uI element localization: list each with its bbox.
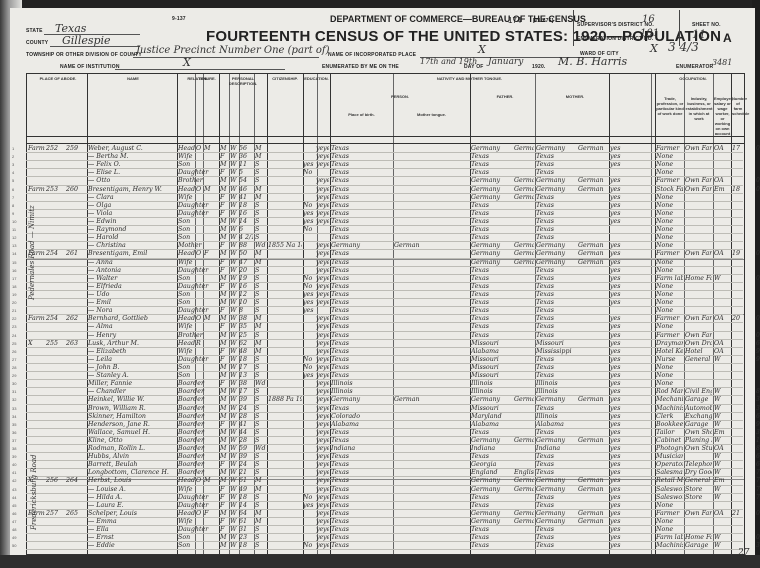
ward-label: WARD OF CITY bbox=[580, 51, 619, 57]
county-label: COUNTY bbox=[26, 40, 48, 46]
margin-code: 674 bbox=[756, 461, 760, 469]
abode-header: PLACE OF ABODE. bbox=[29, 76, 87, 81]
line-number: 35 bbox=[12, 421, 16, 429]
header-divider bbox=[27, 143, 744, 144]
line-number: 36 bbox=[12, 429, 16, 437]
township-value: Justice Precinct Number One (part of) bbox=[136, 45, 330, 56]
line-number: 6 bbox=[12, 186, 14, 194]
table-row: 10— EdwinSonMW14SyesyesyesTexasTexasTexa… bbox=[26, 218, 743, 226]
table-row: 2— Bertha M.WifeFW36MyesyesTexasTexasTex… bbox=[26, 153, 743, 161]
table-row: 6Farm253260Bresentigam, Henry W.HeadOMMW… bbox=[26, 186, 743, 194]
occupation-header: OCCUPATION. bbox=[655, 76, 731, 81]
table-row: 36Wallace, Samuel H.BoarderMW44SyesyesTe… bbox=[26, 429, 743, 437]
table-row: 21— NoraDaughterFW8SyesTexasTexasTexasNo… bbox=[26, 307, 743, 315]
line-number: 10 bbox=[12, 218, 16, 226]
table-row: 50— EddieSonMW18SNoyesyesTexasTexasTexas… bbox=[26, 542, 743, 550]
line-number: 46 bbox=[12, 510, 16, 518]
table-row: 25X255263Lusk, Arthur M.HeadRMW62Myesyes… bbox=[26, 340, 743, 348]
table-row: 44— Hilda A.DaughterFW18SNoyesyesTexasTe… bbox=[26, 494, 743, 502]
margin-code: 080 bbox=[756, 250, 760, 258]
margin-code: 000 bbox=[756, 145, 760, 153]
margin-code: 362 bbox=[756, 542, 760, 550]
line-number: 7 bbox=[12, 194, 14, 202]
header-divider bbox=[27, 136, 744, 137]
line-number: 3 bbox=[12, 161, 14, 169]
table-row: 29— Stanley A.SonMW13SyesyesyesTexasMiss… bbox=[26, 372, 743, 380]
scan-border-top bbox=[0, 0, 760, 8]
line-number: 50 bbox=[12, 542, 16, 550]
table-row: 12— HaroldSonMW4 2/12STexasTexasTexasNon… bbox=[26, 234, 743, 242]
line-number: 44 bbox=[12, 494, 16, 502]
census-rows: 1Farm252259Weber, August C.HeadOMMW56Mye… bbox=[26, 145, 743, 550]
institution-underline bbox=[115, 69, 285, 70]
table-row: 42X256264Herbst, LouisHeadOMMW61MyesyesT… bbox=[26, 477, 743, 485]
supervisor-no: 16 bbox=[642, 14, 655, 25]
table-row: 28— John B.SonMW17SNoyesyesTexasMissouri… bbox=[26, 364, 743, 372]
person-mt-header: Mother tongue. bbox=[393, 112, 470, 117]
line-number: 9 bbox=[12, 210, 14, 218]
line-number: 28 bbox=[12, 364, 16, 372]
table-row: 49— ErnstSonMW23SyesyesTexasTexasTexasye… bbox=[26, 534, 743, 542]
table-row: 9— ViolaDaughterFW16SyesyesyesTexasTexas… bbox=[26, 210, 743, 218]
table-row: 15— AnnaWifeFW47MyesyesTexasGermanyGerma… bbox=[26, 259, 743, 267]
table-row: 34Skinner, HamiltonBoarderMW28SyesyesCol… bbox=[26, 413, 743, 421]
township-underline bbox=[133, 57, 319, 58]
line-number: 39 bbox=[12, 453, 16, 461]
margin-code: 362 bbox=[756, 396, 760, 404]
margin-code: 691 bbox=[756, 453, 760, 461]
line-number: 2 bbox=[12, 153, 14, 161]
line-number: 49 bbox=[12, 534, 16, 542]
table-row: 8— OlgaDaughterFW18SNoyesyesTexasTexasTe… bbox=[26, 202, 743, 210]
year-value: 1920. bbox=[532, 64, 546, 70]
line-number: 38 bbox=[12, 445, 16, 453]
mother-header: MOTHER. bbox=[540, 94, 610, 99]
table-row: 19— UdoSonMW12SyesyesyesTexasTexasTexasy… bbox=[26, 291, 743, 299]
margin-code: 362 bbox=[756, 405, 760, 413]
table-row: 43— Louise A.WifeFW49MyesyesTexasGermany… bbox=[26, 486, 743, 494]
table-row: 3— Felix O.SonMW11SyesyesyesTexasTexasTe… bbox=[26, 161, 743, 169]
table-row: 37Kline, OttoBoarderMW28SyesyesTexasGerm… bbox=[26, 437, 743, 445]
line-number: 1 bbox=[12, 145, 14, 153]
line-number: 45 bbox=[12, 502, 16, 510]
table-row: 11— RaymondSonMW6SNoTexasTexasTexasNone bbox=[26, 226, 743, 234]
line-number: 33 bbox=[12, 405, 16, 413]
tenure-header: TENURE. bbox=[195, 76, 219, 81]
line-number: 47 bbox=[12, 518, 16, 526]
line-number: 40 bbox=[12, 461, 16, 469]
margin-code: 000 bbox=[756, 177, 760, 185]
enumeration-no: 101 bbox=[640, 28, 659, 39]
person-pob-header: Place of birth. bbox=[330, 112, 393, 117]
line-number: 27 bbox=[12, 356, 16, 364]
table-row: 33Brown, William R.BoarderMW24SyesyesTex… bbox=[26, 405, 743, 413]
state-label: STATE bbox=[26, 28, 43, 34]
line-number: 23 bbox=[12, 323, 16, 331]
line-number: 25 bbox=[12, 340, 16, 348]
citizenship-header: CITIZENSHIP. bbox=[267, 76, 303, 81]
line-number: 15 bbox=[12, 259, 16, 267]
margin-code: 766 bbox=[756, 477, 760, 485]
table-row: 26— ElizabethWifeFW48MyesyesTexasAlabama… bbox=[26, 348, 743, 356]
ward-note: 3 4/3 bbox=[668, 40, 699, 54]
line-number: 5 bbox=[12, 177, 14, 185]
side-note-upper: Pedernales Road — Nimitz bbox=[28, 205, 36, 300]
father-header: FATHER. bbox=[470, 94, 540, 99]
table-row: 40Barrett, BeulahBoarderFW24SyesyesTexas… bbox=[26, 461, 743, 469]
nativity-header: NATIVITY AND MOTHER TONGUE. bbox=[330, 76, 609, 81]
county-underline bbox=[50, 46, 140, 47]
table-row: 18— ElfriedaDaughterFW16SNoyesyesTexasTe… bbox=[26, 283, 743, 291]
table-row: 22Farm254262Bernhard, GottliebHeadOMMW38… bbox=[26, 315, 743, 323]
line-number: 19 bbox=[12, 291, 16, 299]
sheet-side: A bbox=[723, 31, 732, 45]
table-row: 13— ChristinaMotherFW88Wd1855 Na 1858yes… bbox=[26, 242, 743, 250]
line-number: 41 bbox=[12, 469, 16, 477]
line-number: 12 bbox=[12, 234, 16, 242]
margin-code: 010 bbox=[756, 534, 760, 542]
margin-code: 932 bbox=[756, 356, 760, 364]
table-row: 14Farm254261Bresentigam, EmilHeadOFMW50M… bbox=[26, 250, 743, 258]
month-value: January bbox=[488, 57, 523, 67]
line-number: 43 bbox=[12, 486, 16, 494]
margin-code: 000 bbox=[756, 510, 760, 518]
table-row: 39Hubbs, AlvinBoarderMW39SyesyesTexasTex… bbox=[26, 453, 743, 461]
table-row: 7— ClaraWifeFW41MyesyesTexasGermanyGerma… bbox=[26, 194, 743, 202]
table-row: 32Heinkel, Willie W.BoarderMW39S1888 Pa … bbox=[26, 396, 743, 404]
line-number: 18 bbox=[12, 283, 16, 291]
margin-code: 146 bbox=[756, 437, 760, 445]
enumerated-label: ENUMERATED BY ME ON THE bbox=[322, 64, 399, 70]
row-rule bbox=[26, 549, 743, 550]
industry-header: Industry, business, or establishment in … bbox=[685, 96, 713, 121]
margin-code: 612 bbox=[756, 340, 760, 348]
line-number: 16 bbox=[12, 267, 16, 275]
table-row: 41Longbottom, Clarence H.BoarderMW21Syes… bbox=[26, 469, 743, 477]
personal-header: PERSONAL DESCRIPTION. bbox=[219, 76, 267, 86]
line-number: 11 bbox=[12, 226, 16, 234]
line-number: 8 bbox=[12, 202, 14, 210]
margin-code: 010 bbox=[756, 332, 760, 340]
line-number: 42 bbox=[12, 477, 16, 485]
table-row: 4— Elise L.DaughterFW5SNoTexasTexasTexas… bbox=[26, 169, 743, 177]
farm-no-header: Number of farm schedule bbox=[732, 96, 744, 116]
line-number: 14 bbox=[12, 250, 16, 258]
margin-code: 899 bbox=[756, 388, 760, 396]
margin-code: 988 bbox=[756, 421, 760, 429]
line-number: 37 bbox=[12, 437, 16, 445]
table-row: 16— AntoniaDaughterFW20SyesyesTexasTexas… bbox=[26, 267, 743, 275]
side-note-lower: Fredericksburg Road bbox=[30, 455, 38, 531]
form-number: 9-137 bbox=[172, 16, 186, 22]
line-number: 32 bbox=[12, 396, 16, 404]
page-stamp: 174 bbox=[508, 16, 521, 25]
table-row: 47— EmmaWifeFW61MyesyesTexasGermanyGerma… bbox=[26, 518, 743, 526]
incorporated-label: NAME OF INCORPORATED PLACE bbox=[328, 52, 416, 58]
employer-header: Employer, salary or wage worker, or work… bbox=[714, 96, 731, 136]
form-code: [21-676] bbox=[533, 18, 554, 24]
enumerator-label: ENUMERATOR bbox=[676, 64, 713, 70]
table-row: 17— WalterSonMW19SNoyesyesTexasTexasTexa… bbox=[26, 275, 743, 283]
ward-value: X bbox=[650, 42, 658, 55]
township-label: TOWNSHIP OR OTHER DIVISION OF COUNTY bbox=[26, 52, 142, 58]
margin-code: 791 bbox=[756, 486, 760, 494]
margin-code: 791 bbox=[756, 469, 760, 477]
margin-code: 08L bbox=[756, 186, 760, 194]
line-number: 13 bbox=[12, 242, 16, 250]
line-number: 17 bbox=[12, 275, 16, 283]
institution-value: X bbox=[183, 56, 191, 69]
line-number: 30 bbox=[12, 380, 16, 388]
margin-code: 914 bbox=[756, 348, 760, 356]
table-row: 38Rodman, Rollin L.BoarderMW59WdyesyesIn… bbox=[26, 445, 743, 453]
table-row: 1Farm252259Weber, August C.HeadOMMW56Mye… bbox=[26, 145, 743, 153]
margin-code: 856 bbox=[756, 445, 760, 453]
scan-border-bottom bbox=[0, 555, 760, 568]
line-number: 20 bbox=[12, 299, 16, 307]
institution-label: NAME OF INSTITUTION bbox=[60, 64, 120, 70]
table-row: 48— EllaDaughterFW31SyesyesTexasTexasTex… bbox=[26, 526, 743, 534]
line-number: 34 bbox=[12, 413, 16, 421]
table-row: 46Farm257265Schelper, LouisHeadOFMW64Mye… bbox=[26, 510, 743, 518]
table-row: 5— OttoBrotherMW54SyesyesTexasGermanyGer… bbox=[26, 177, 743, 185]
table-row: 30Miller, FannieBoarderFW38WdyesyesIllin… bbox=[26, 380, 743, 388]
name-header: NAME bbox=[89, 76, 177, 81]
trade-header: Trade, profession, or particular kind of… bbox=[656, 96, 684, 116]
line-number: 26 bbox=[12, 348, 16, 356]
table-row: 23— AlmaWifeFW35MyesyesTexasTexasTexasye… bbox=[26, 323, 743, 331]
line-number: 31 bbox=[12, 388, 16, 396]
table-row: 20— EmilSonMW10SyesyesyesTexasTexasTexas… bbox=[26, 299, 743, 307]
margin-code: 000 bbox=[756, 315, 760, 323]
margin-code: 010 bbox=[756, 275, 760, 283]
line-number: 22 bbox=[12, 315, 16, 323]
line-number: 4 bbox=[12, 169, 14, 177]
day-of-label: DAY OF bbox=[464, 64, 484, 70]
table-row: 27— LeilaDaughterFW18SNoyesyesTexasMisso… bbox=[26, 356, 743, 364]
line-number: 48 bbox=[12, 526, 16, 534]
education-header: EDUCATION. bbox=[303, 76, 330, 81]
table-row: 45— Laura E.DaughterFW14SyesyesyesTexasT… bbox=[26, 502, 743, 510]
table-row: 24— HenryBrotherMW25SyesyesTexasTexasTex… bbox=[26, 332, 743, 340]
line-number: 29 bbox=[12, 372, 16, 380]
table-row: 35Henderson, Jane R.BoarderFW41SyesyesAl… bbox=[26, 421, 743, 429]
enumerator-note: 3481 bbox=[712, 58, 732, 67]
table-row: 31— ChandlerBoarderMW17SyesyesIllinoisIl… bbox=[26, 388, 743, 396]
line-number: 21 bbox=[12, 307, 16, 315]
margin-code: 791 bbox=[756, 494, 760, 502]
incorporated-value: X bbox=[478, 43, 486, 56]
margin-code: 660 bbox=[756, 413, 760, 421]
line-number: 24 bbox=[12, 332, 16, 340]
margin-code: 370 bbox=[756, 429, 760, 437]
person-header: PERSON. bbox=[330, 94, 470, 99]
